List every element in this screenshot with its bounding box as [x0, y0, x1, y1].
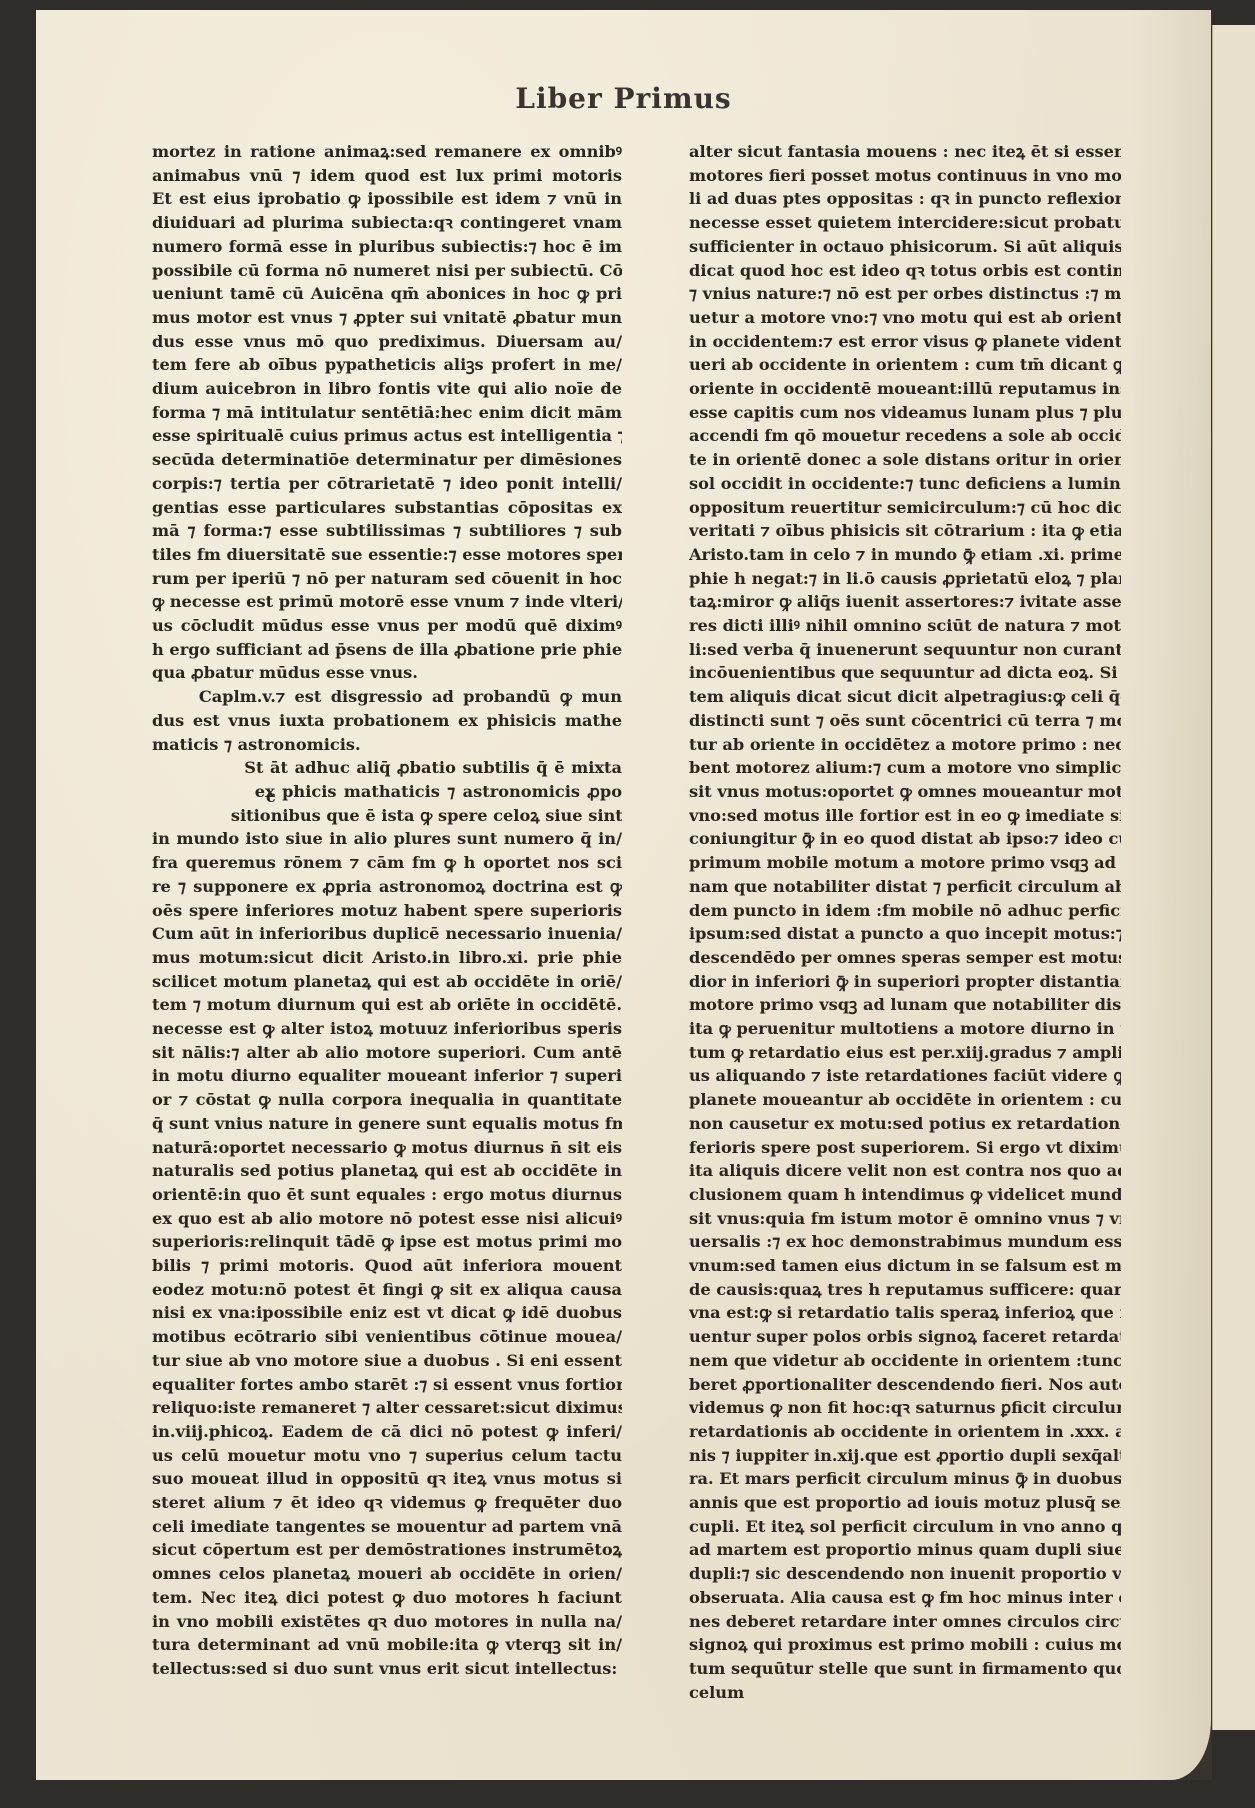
- text-line: dicat quod hoc est ideo qꝛ totus orbis e…: [689, 259, 1121, 283]
- text-line: tem ⁊ motum diurnum qui est ab oriēte in…: [152, 993, 622, 1017]
- text-line: bilis ⁊ primi motoris. Quod aūt inferior…: [152, 1254, 622, 1278]
- text-line: suo moueat illud in oppositū qꝛ iteꝝ vnu…: [152, 1467, 622, 1491]
- text-line: in.viij.phicoꝝ. Eadem de cā dici nō pote…: [152, 1420, 622, 1444]
- text-line: signoꝝ qui proximus est primo mobili : c…: [689, 1633, 1121, 1657]
- text-line: nisi ex vna:ipossibile eniz est vt dicat…: [152, 1301, 622, 1325]
- text-line: forma ⁊ mā intitulatur sentētiā:hec enim…: [152, 401, 622, 425]
- text-line: celi imediate tangentes se mouentur ad p…: [152, 1515, 622, 1539]
- text-line: q̄ sunt vnius nature in genere sunt equa…: [152, 1112, 622, 1136]
- text-line: res dicti illiꝰ nihil omnino sciūt de na…: [689, 614, 1121, 638]
- text-line: tiles fm diuersitatē sue essentie:⁊ esse…: [152, 543, 622, 567]
- text-line: naturā:oportet necessario ꝙ motus diurnu…: [152, 1136, 622, 1160]
- text-line: necesse esset quietem intercidere:sicut …: [689, 211, 1121, 235]
- text-line: tur siue ab vno motore siue a duobus . S…: [152, 1349, 622, 1373]
- text-line: coniungitur ꝙ̄ in eo quod distat ab ipso…: [689, 827, 1121, 851]
- text-line: dupli:⁊ sic descendendo non inuenit prop…: [689, 1562, 1121, 1586]
- text-line: scilicet motum planetaꝝ qui est ab occid…: [152, 970, 622, 994]
- text-line: motores fieri posset motus continuus in …: [689, 164, 1121, 188]
- text-line: li:sed verba q̄ inuenerunt sequuntur non…: [689, 638, 1121, 662]
- text-line: planete moueantur ab occidēte in oriente…: [689, 1088, 1121, 1112]
- text-line: orientē:in quo ēt sunt equales : ergo mo…: [152, 1183, 622, 1207]
- text-line: motibus ecōtrario sibi venientibus cōtin…: [152, 1325, 622, 1349]
- text-line: dus esse vnus mō quo prediximus. Diuersa…: [152, 330, 622, 354]
- text-line: vnum:sed tamen eius dictum in se falsum …: [689, 1254, 1121, 1278]
- text-line: de causis:quaꝝ tres h reputamus sufficer…: [689, 1278, 1121, 1302]
- text-line: videmus ꝙ non fit hoc:qꝛ saturnus ꝑficit…: [689, 1396, 1121, 1420]
- text-line: corpis:⁊ tertia per cōtrarietatē ⁊ ideo …: [152, 472, 622, 496]
- text-line: St āt adhuc aliq̄ ꝓbatio subtilis q̄ ē m…: [152, 756, 622, 780]
- text-line: possibile cū forma nō numeret nisi per s…: [152, 259, 622, 283]
- text-line: animabus vnū ⁊ idem quod est lux primi m…: [152, 164, 622, 188]
- text-line: sit nālis:⁊ alter ab alio motore superio…: [152, 1041, 622, 1065]
- text-line: phie h negat:⁊ in li.ō causis ꝓprietatū …: [689, 567, 1121, 591]
- text-line: ⁊ vnius nature:⁊ nō est per orbes distin…: [689, 282, 1121, 306]
- text-line: equaliter fortes ambo starēt :⁊ si essen…: [152, 1373, 622, 1397]
- text-line: mā ⁊ forma:⁊ esse subtilissimas ⁊ subtil…: [152, 519, 622, 543]
- text-line: dior in inferiori ꝙ̄ in superiori propte…: [689, 970, 1121, 994]
- text-line: nis ⁊ iuppiter in.xij.que est ꝓportio du…: [689, 1444, 1121, 1468]
- text-line: Cum aūt in inferioribus duplicē necessar…: [152, 922, 622, 946]
- text-line: ferioris spere post superiorem. Si ergo …: [689, 1136, 1121, 1160]
- text-line: ex phicis mathaticis ⁊ astronomicis ꝓpo: [152, 780, 622, 804]
- text-line: in vno mobili existētes qꝛ duo motores i…: [152, 1610, 622, 1634]
- text-line: fra queremus rōnem ⁊ cām fm ꝙ h oportet …: [152, 851, 622, 875]
- text-line: dium auicebron in libro fontis vite qui …: [152, 377, 622, 401]
- text-line: esse spiritualē cuius primus actus est i…: [152, 424, 622, 448]
- text-line: cupli. Et iteꝝ sol perficit circulum in …: [689, 1515, 1121, 1539]
- text-line: omnes celos planetaꝝ moueri ab occidēte …: [152, 1562, 622, 1586]
- text-line: tum sequūtur stelle que sunt in firmamen…: [689, 1657, 1121, 1681]
- text-line: celum: [689, 1681, 1121, 1705]
- text-line: necesse est ꝙ alter istoꝝ motuuz inferio…: [152, 1017, 622, 1041]
- text-line: tem aliquis dicat sicut dicit alpetragiu…: [689, 685, 1121, 709]
- gutter-shadow: [1130, 10, 1212, 1780]
- text-line: diuiduari ad plurima subiecta:qꝛ conting…: [152, 211, 622, 235]
- text-line: in motu diurno equaliter moueant inferio…: [152, 1064, 622, 1088]
- text-line: ad martem est proportio minus quam dupli…: [689, 1538, 1121, 1562]
- text-line: re ⁊ supponere ex ꝓpria astronomoꝝ doctr…: [152, 875, 622, 899]
- text-line: vno:sed motus ille fortior est in eo ꝙ i…: [689, 804, 1121, 828]
- text-line: esse capitis cum nos videamus lunam plus…: [689, 401, 1121, 425]
- text-line: Et est eius iprobatio ꝙ ipossibile est i…: [152, 187, 622, 211]
- text-line: sitionibus que ē ista ꝙ spere celoꝝ siue…: [152, 804, 622, 828]
- text-line: obseruata. Alia causa est ꝙ fm hoc minus…: [689, 1586, 1121, 1610]
- text-line: motore primo vsqꝫ ad lunam que notabilit…: [689, 993, 1121, 1017]
- text-column-right: alter sicut fantasia mouens : nec iteꝝ ē…: [689, 140, 1121, 1704]
- text-line: reliquo:iste remaneret ⁊ alter cessaret:…: [152, 1396, 622, 1420]
- text-line: nam que notabiliter distat ⁊ perficit ci…: [689, 875, 1121, 899]
- text-line: distincti sunt ⁊ oēs sunt cōcentrici cū …: [689, 709, 1121, 733]
- text-column-left: mortez in ratione animaꝝ:sed remanere ex…: [152, 140, 622, 1681]
- text-line: dem puncto in idem :fm mobile nō adhuc p…: [689, 899, 1121, 923]
- text-line: tura determinant ad vnū mobile:ita ꝙ vte…: [152, 1633, 622, 1657]
- text-line: descendēdo per omnes speras semper est m…: [689, 946, 1121, 970]
- text-line: gentias esse particulares substantias cō…: [152, 496, 622, 520]
- text-line: eodez motu:nō potest ēt fingi ꝙ sit ex a…: [152, 1278, 622, 1302]
- text-line: clusionem quam h intendimus ꝙ videlicet …: [689, 1183, 1121, 1207]
- text-line: dus est vnus iuxta probationem ex phisic…: [152, 709, 622, 733]
- text-line: ueniunt tamē cū Auicēna qm̄ abonices in …: [152, 282, 622, 306]
- text-line: mortez in ratione animaꝝ:sed remanere ex…: [152, 140, 622, 164]
- text-line: non causetur ex motu:sed potius ex retar…: [689, 1112, 1121, 1136]
- text-line: tum ꝙ retardatio eius est per.xiij.gradu…: [689, 1041, 1121, 1065]
- text-line: superioris:relinquit tādē ꝙ ipse est mot…: [152, 1230, 622, 1254]
- text-line: ex quo est ab alio motore nō potest esse…: [152, 1207, 622, 1231]
- text-line: mus motum:sicut dicit Aristo.in libro.xi…: [152, 946, 622, 970]
- text-line: or ⁊ cōstat ꝙ nulla corpora inequalia in…: [152, 1088, 622, 1112]
- running-head: Liber Primus: [36, 82, 1211, 115]
- text-line: naturalis sed potius planetaꝝ qui est ab…: [152, 1159, 622, 1183]
- text-line: steret alium ⁊ ēt ideo qꝛ videmus ꝙ freq…: [152, 1491, 622, 1515]
- text-line: Caplm.v.⁊ est disgressio ad probandū ꝙ m…: [152, 685, 622, 709]
- text-line: accendi fm qō mouetur recedens a sole ab…: [689, 424, 1121, 448]
- text-line: tem fere ab oībus pypatheticis aliꝫs pro…: [152, 353, 622, 377]
- text-line: retardationis ab occidente in orientem i…: [689, 1420, 1121, 1444]
- text-line: us aliquando ⁊ iste retardationes faciūt…: [689, 1064, 1121, 1088]
- text-line: oriente in occidentē moueant:illū reputa…: [689, 377, 1121, 401]
- text-line: h ergo sufficiant ad p̄sens de illa ꝓbat…: [152, 638, 622, 662]
- text-line: ipsum:sed distat a puncto a quo incepit …: [689, 922, 1121, 946]
- text-line: oppositum reuertitur semicirculum:⁊ cū h…: [689, 496, 1121, 520]
- text-line: ꝙ necesse est primū motorē esse vnum ⁊ i…: [152, 590, 622, 614]
- text-line: qua ꝓbatur mūdus esse vnus.: [152, 661, 622, 685]
- text-line: secūda determinatiōe determinatur per di…: [152, 448, 622, 472]
- text-line: oēs spere inferiores motuz habent spere …: [152, 899, 622, 923]
- text-line: alter sicut fantasia mouens : nec iteꝝ ē…: [689, 140, 1121, 164]
- text-line: incōuenientibus que sequuntur ad dicta e…: [689, 661, 1121, 685]
- text-line: ra. Et mars perficit circulum minus ꝙ̄ i…: [689, 1467, 1121, 1491]
- text-line: tellectus:sed si duo sunt vnus erit sicu…: [152, 1657, 622, 1681]
- text-line: numero formā esse in pluribus subiectis:…: [152, 235, 622, 259]
- text-line: uetur a motore vno:⁊ vno motu qui est ab…: [689, 306, 1121, 330]
- text-line: us celū mouetur motu vno ⁊ superius celu…: [152, 1444, 622, 1468]
- text-line: bent motorez alium:⁊ cum a motore vno si…: [689, 756, 1121, 780]
- text-line: tur ab oriente in occidētez a motore pri…: [689, 733, 1121, 757]
- text-line: sol occidit in occidente:⁊ tunc deficien…: [689, 472, 1121, 496]
- text-line: ita ꝙ peruenitur multotiens a motore diu…: [689, 1017, 1121, 1041]
- text-line: ueri ab occidente in orientem : cum tm̄ …: [689, 353, 1121, 377]
- text-line: maticis ⁊ astronomicis.: [152, 733, 622, 757]
- text-line: in mundo isto siue in alio plures sunt n…: [152, 827, 622, 851]
- text-line: veritati ⁊ oībus phisicis sit cōtrarium …: [689, 519, 1121, 543]
- text-line: taꝝ:miror ꝙ aliq̄s iuenit assertores:⁊ i…: [689, 590, 1121, 614]
- text-line: sicut cōpertum est per demōstrationes in…: [152, 1538, 622, 1562]
- text-line: sit vnus motus:oportet ꝙ omnes moueantur…: [689, 780, 1121, 804]
- text-line: nem que videtur ab occidente in orientem…: [689, 1349, 1121, 1373]
- text-line: in occidentem:⁊ est error visus ꝙ planet…: [689, 330, 1121, 354]
- text-line: vna est:ꝙ si retardatio talis speraꝝ inf…: [689, 1301, 1121, 1325]
- text-line: Aristo.tam in celo ⁊ in mundo ꝙ̄ etiam .…: [689, 543, 1121, 567]
- text-line: mus motor est vnus ⁊ ꝓpter sui vnitatē ꝓ…: [152, 306, 622, 330]
- text-line: sit vnus:quia fm istum motor ē omnino vn…: [689, 1207, 1121, 1231]
- text-line: beret ꝓportionaliter descendendo fieri. …: [689, 1373, 1121, 1397]
- text-line: us cōcludit mūdus esse vnus per modū quē…: [152, 614, 622, 638]
- text-line: ita aliquis dicere velit non est contra …: [689, 1159, 1121, 1183]
- text-line: nes deberet retardare inter omnes circul…: [689, 1610, 1121, 1634]
- text-line: uentur super polos orbis signoꝝ faceret …: [689, 1325, 1121, 1349]
- text-line: rum per iperiū ⁊ nō per naturam sed cōue…: [152, 567, 622, 591]
- text-line: li ad duas ptes oppositas : qꝛ in puncto…: [689, 187, 1121, 211]
- text-line: annis que est proportio ad iouis motuz p…: [689, 1491, 1121, 1515]
- facing-page-edge: [1212, 25, 1255, 1730]
- text-line: primum mobile motum a motore primo vsqꝫ …: [689, 851, 1121, 875]
- text-line: te in orientē donec a sole distans oritu…: [689, 448, 1121, 472]
- text-line: uersalis :⁊ ex hoc demonstrabimus mundum…: [689, 1230, 1121, 1254]
- text-line: tem. Nec iteꝝ dici potest ꝙ duo motores …: [152, 1586, 622, 1610]
- text-line: sufficienter in octauo phisicorum. Si aū…: [689, 235, 1121, 259]
